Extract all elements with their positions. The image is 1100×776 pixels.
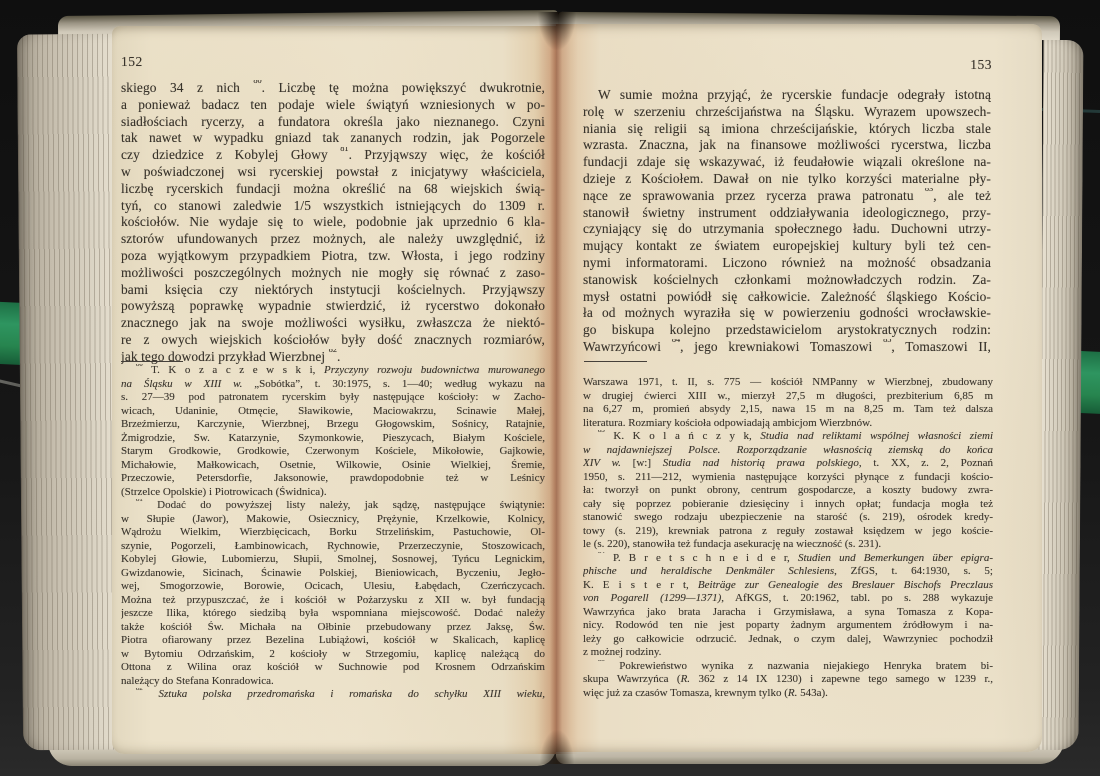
text-line: wej, Smogorzowie, Borowie, Ocicach, Ules… — [121, 580, 545, 594]
text-line: 82 Sztuka polska przedromańska i romańsk… — [121, 688, 545, 702]
gutter-top-shadow — [538, 12, 576, 50]
text-line: literatura. Rozmiary kościoła odpowiadaj… — [583, 417, 993, 431]
text-line: czy dziedzice z Kobylej Głowy 81. Przyją… — [121, 147, 545, 164]
text-line: możliwości poszczególnych możnych nie mo… — [121, 265, 545, 282]
right-fore-edge-stack — [1039, 40, 1084, 750]
text-line: stanowił świetny instrument oddziaływani… — [583, 205, 991, 222]
text-line: Wawrzyńcowi 84, jego krewniakowi Tomaszo… — [583, 339, 991, 356]
text-line: s. 27—39 pod patronatem rycerskim były n… — [121, 391, 545, 405]
text-line: XIV w. [w:] Studia nad historią prawa po… — [583, 457, 993, 471]
text-line: stanowić swego rodzaju ubezpieczenie na … — [583, 511, 993, 525]
text-line: Można też przypuszczać, że i kościół w P… — [121, 594, 545, 608]
text-line: jeszcze Ilika, którego siedzibą była wsp… — [121, 607, 545, 621]
text-line: wzrasta. Znaczna, jak na finansowe możli… — [583, 137, 991, 154]
text-line: 84 P. B r e t s c h n e i d e r, Studien… — [583, 552, 993, 566]
text-line: nące ze sprawowania przez rycerza prawa … — [583, 188, 991, 205]
text-line: rolę w szerzeniu chrześcijaństwa na Śląs… — [583, 104, 991, 121]
text-line: re z owych wiejskich kościołów były dość… — [121, 332, 545, 349]
text-line: w drugiej ćwierci XIII w., mierzył 27,5 … — [583, 390, 993, 404]
text-line: Gwizdanowie, Sicinach, Ścinawie Polskiej… — [121, 567, 545, 581]
text-line: nicy. Rodowód ten nie jest poparty żadny… — [583, 619, 993, 633]
gutter-bottom-shadow — [540, 730, 574, 764]
text-line: niania się religii są imiona chrześcijań… — [583, 121, 991, 138]
left-fore-edge-stack — [17, 34, 121, 751]
text-line: bami księcia czy niektórych instytucji k… — [121, 282, 545, 299]
text-line: 1950, s. 211—212, wymienia następujące k… — [583, 471, 993, 485]
text-line: z możnej rodziny. — [583, 646, 993, 660]
text-line: siadłościach rycerzy, a fundatora określ… — [121, 114, 545, 131]
text-line: Żmigrodzie, Sw. Katarzynie, Szymonkowie,… — [121, 432, 545, 446]
text-line: znacznego jak na swoje możliwości wysiłk… — [121, 315, 545, 332]
text-line: stanowisk kościelnych członkami możnowła… — [583, 272, 991, 289]
text-line: na 6,27 m, promień absydy 2,15, nawa 15 … — [583, 403, 993, 417]
text-line: 81 Dodać do powyższej listy należy, jak … — [121, 499, 545, 513]
text-line: skiego 34 z nich 80. Liczbę tę można pow… — [121, 80, 545, 97]
text-line: towy (s. 219), krewniak patrona z reguły… — [583, 525, 993, 539]
right-page-number: 153 — [958, 57, 992, 73]
text-line: Warszawa 1971, t. II, s. 775 — kościół N… — [583, 376, 993, 390]
text-line: fundacji zdaje się wskazywać, iż feudało… — [583, 154, 991, 171]
text-line: K. E i s t e r t, Beiträge zur Genealogi… — [583, 579, 993, 593]
text-line: Brzeźmierzu, Karczynie, Wierzbnej, Brzeg… — [121, 418, 545, 432]
text-line: mysł ostatni powiódł się całkowicie. Zal… — [583, 289, 991, 306]
text-line: liczbę rycerskich fundacji można określi… — [121, 181, 545, 198]
text-line: wicach, Udaninie, Otmęcie, Sławikowie, M… — [121, 405, 545, 419]
text-line: (Strzelce Opolskie) i Piotrowicach (Świd… — [121, 486, 545, 500]
text-line: Przeczowie, Petersdorfie, Jaksonowie, pr… — [121, 472, 545, 486]
book-photo: 152 skiego 34 z nich 80. Liczbę tę można… — [0, 0, 1100, 776]
text-line: Kobylej Głowie, Lubomierzu, Słupii, Smol… — [121, 553, 545, 567]
left-page-footnotes: 80 T. K o z a c z e w s k i, Przyczyny r… — [121, 364, 545, 702]
right-page-footnotes: Warszawa 1971, t. II, s. 775 — kościół N… — [583, 376, 993, 700]
text-line: 85 Pokrewieństwo wynika z nazwania nieja… — [583, 660, 993, 674]
text-line: w najdawniejszej Polsce. Rozporządzanie … — [583, 444, 993, 458]
text-line: należący do Stefana Konradowica. — [121, 675, 545, 689]
text-line: leży go całkowicie odrzucić. Jednak, o c… — [583, 633, 993, 647]
left-page-body: skiego 34 z nich 80. Liczbę tę można pow… — [121, 80, 545, 366]
text-line: sztorów ufundowanych przez możnych, ale … — [121, 231, 545, 248]
text-line: cały się poprzez pobieranie dziesięciny … — [583, 498, 993, 512]
text-line: Wawrzyńca jako brata Jaracha i Grzymisła… — [583, 606, 993, 620]
text-line: dzieje z Kościołem. Dawał on nie tylko k… — [583, 171, 991, 188]
right-footnote-separator — [584, 361, 647, 362]
text-line: kościołów. Nie wydaje się to wiele, podo… — [121, 214, 545, 231]
text-line: w Bytomiu Odrzańskim, 2 kościoły w Strze… — [121, 648, 545, 662]
text-line: także kościół Św. Michała na Ołbinie prz… — [121, 621, 545, 635]
text-line: tak nawet w wypadku gniazd tak zananych … — [121, 130, 545, 147]
text-line: na Śląsku w XIII w. „Sobótka”, t. 30:197… — [121, 378, 545, 392]
text-line: mujący kontakt ze światem europejskiej k… — [583, 238, 991, 255]
text-line: Wądrożu Wielkim, Wierzbięcicach, Borku S… — [121, 526, 545, 540]
text-line: 83 K. K o l a ń c z y k, Studia nad reli… — [583, 430, 993, 444]
text-line: a ponieważ badacz ten podaje wiele świąt… — [121, 97, 545, 114]
text-line: tyń, co stanowi zaledwie 1/5 wszystkich … — [121, 198, 545, 215]
text-line: w poświadczonej wsi rycerskiej powstał z… — [121, 164, 545, 181]
text-line: Ottona z Wilina oraz kościół w Suchnowie… — [121, 661, 545, 675]
text-line: Michałowie, Małkowicach, Osetnie, Wilkow… — [121, 459, 545, 473]
text-line: powyższą poprawkę wypadnie stwierdzić, i… — [121, 298, 545, 315]
text-line: poza wyjątkowym przypadkiem Piotra, tzw.… — [121, 248, 545, 265]
text-line: szynie, Pogorzeli, Łambinowicach, Rychno… — [121, 540, 545, 554]
text-line: czyniający się do utrzymania społecznego… — [583, 221, 991, 238]
text-line: skupa Wawrzyńca (R. 362 z 14 IX 1230) i … — [583, 673, 993, 687]
text-line: phische und heraldische Denkmäler Schles… — [583, 565, 993, 579]
text-line: von Pogarell (1299—1371), AfKGS, t. 20:1… — [583, 592, 993, 606]
text-line: W sumie można przyjąć, że rycerskie fund… — [583, 87, 991, 104]
text-line: go biskupa kolejno przedstawicielom arys… — [583, 322, 991, 339]
left-footnote-separator — [121, 361, 183, 362]
right-page-body: W sumie można przyjąć, że rycerskie fund… — [583, 87, 991, 356]
text-line: w Słupie (Jawor), Makowie, Osiecznicy, P… — [121, 513, 545, 527]
text-line: Starym Grodkowie, Grodkowie, Czerwonym K… — [121, 445, 545, 459]
text-line: le (s. 220), stanowiła też fundacja asek… — [583, 538, 993, 552]
text-line: 80 T. K o z a c z e w s k i, Przyczyny r… — [121, 364, 545, 378]
text-line: Piotra ofiarowany przez Bezelina Lubiążo… — [121, 634, 545, 648]
text-line: ła: tworzył on punkt obrony, centrum gos… — [583, 484, 993, 498]
text-line: nymi informatorami. Liczono również na m… — [583, 255, 991, 272]
text-line: więc już za czasów Tomasza, krewnym tylk… — [583, 687, 993, 701]
left-page-number: 152 — [121, 54, 143, 70]
text-line: ła od możnych wyraziła się w powierzeniu… — [583, 305, 991, 322]
